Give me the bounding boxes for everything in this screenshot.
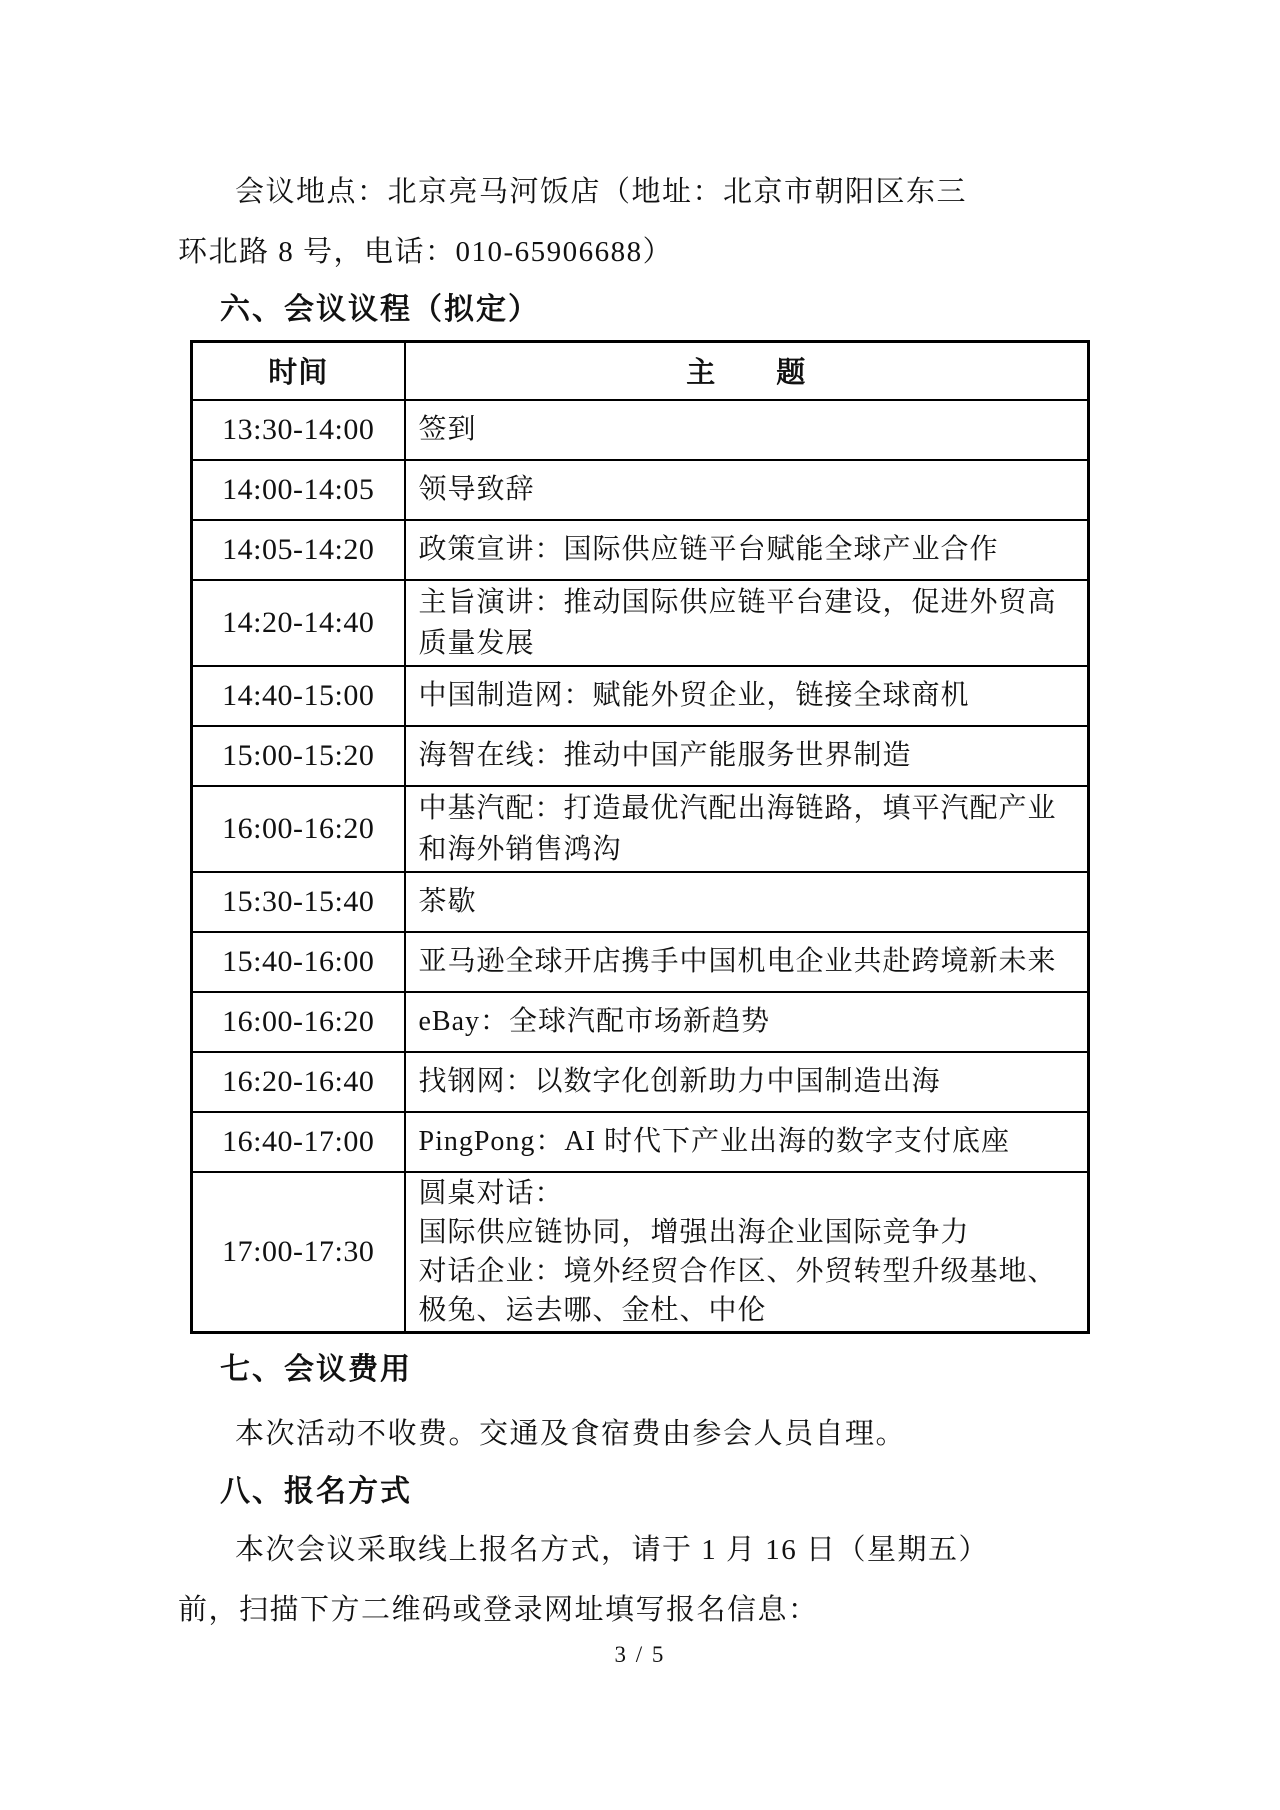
agenda-topic: PingPong：AI 时代下产业出海的数字支付底座 [405,1112,1089,1172]
agenda-table: 时间 主 题 13:30-14:00 签到 14:00-14:05 领导致辞 1… [190,340,1090,1334]
agenda-topic-line: 圆桌对话： [419,1174,1080,1213]
section-8-body-line-2: 前，扫描下方二维码或登录网址填写报名信息： [178,1580,1105,1640]
table-row: 14:40-15:00 中国制造网：赋能外贸企业，链接全球商机 [192,666,1089,726]
agenda-time: 14:00-14:05 [192,460,405,520]
agenda-topic-multiline: 圆桌对话： 国际供应链协同，增强出海企业国际竞争力 对话企业：境外经贸合作区、外… [405,1172,1089,1333]
agenda-topic: 政策宣讲：国际供应链平台赋能全球产业合作 [405,520,1089,580]
agenda-topic: 中基汽配：打造最优汽配出海链路，填平汽配产业和海外销售鸿沟 [405,786,1089,872]
agenda-time: 16:00-16:20 [192,992,405,1052]
meeting-location-line-1: 会议地点：北京亮马河饭店（地址：北京市朝阳区东三 [178,162,1105,222]
agenda-time: 17:00-17:30 [192,1172,405,1333]
agenda-topic: 中国制造网：赋能外贸企业，链接全球商机 [405,666,1089,726]
table-row: 14:20-14:40 主旨演讲：推动国际供应链平台建设，促进外贸高质量发展 [192,580,1089,666]
table-row: 14:05-14:20 政策宣讲：国际供应链平台赋能全球产业合作 [192,520,1089,580]
agenda-time: 15:40-16:00 [192,932,405,992]
agenda-time: 15:00-15:20 [192,726,405,786]
agenda-time: 16:20-16:40 [192,1052,405,1112]
table-row: 16:00-16:20 eBay：全球汽配市场新趋势 [192,992,1089,1052]
agenda-topic: 茶歇 [405,872,1089,932]
agenda-header-row: 时间 主 题 [192,342,1089,400]
table-row: 15:40-16:00 亚马逊全球开店携手中国机电企业共赴跨境新未来 [192,932,1089,992]
agenda-topic: eBay：全球汽配市场新趋势 [405,992,1089,1052]
table-row: 14:00-14:05 领导致辞 [192,460,1089,520]
agenda-time: 14:20-14:40 [192,580,405,666]
agenda-topic: 找钢网：以数字化创新助力中国制造出海 [405,1052,1089,1112]
section-7-body: 本次活动不收费。交通及食宿费由参会人员自理。 [178,1404,1105,1464]
table-row: 16:20-16:40 找钢网：以数字化创新助力中国制造出海 [192,1052,1089,1112]
agenda-time: 14:40-15:00 [192,666,405,726]
meeting-location-line-2: 环北路 8 号，电话：010-65906688） [178,222,1105,282]
agenda-topic: 亚马逊全球开店携手中国机电企业共赴跨境新未来 [405,932,1089,992]
agenda-time: 16:40-17:00 [192,1112,405,1172]
agenda-topic: 签到 [405,400,1089,460]
agenda-time: 13:30-14:00 [192,400,405,460]
section-8-body-line-1: 本次会议采取线上报名方式，请于 1 月 16 日（星期五） [178,1520,1105,1580]
section-7-heading: 七、会议费用 [178,1342,1105,1398]
document-page: 会议地点：北京亮马河饭店（地址：北京市朝阳区东三 环北路 8 号，电话：010-… [0,0,1280,1810]
agenda-topic: 主旨演讲：推动国际供应链平台建设，促进外贸高质量发展 [405,580,1089,666]
table-row: 17:00-17:30 圆桌对话： 国际供应链协同，增强出海企业国际竞争力 对话… [192,1172,1089,1333]
section-8-heading: 八、报名方式 [178,1464,1105,1520]
agenda-topic: 海智在线：推动中国产能服务世界制造 [405,726,1089,786]
table-row: 15:30-15:40 茶歇 [192,872,1089,932]
agenda-topic: 领导致辞 [405,460,1089,520]
agenda-topic-line: 极兔、运去哪、金杜、中伦 [419,1291,1080,1330]
page-number: 3 / 5 [0,1642,1280,1668]
agenda-time: 14:05-14:20 [192,520,405,580]
agenda-topic-line: 国际供应链协同，增强出海企业国际竞争力 [419,1213,1080,1252]
time-column-header: 时间 [192,342,405,400]
table-row: 13:30-14:00 签到 [192,400,1089,460]
table-row: 16:40-17:00 PingPong：AI 时代下产业出海的数字支付底座 [192,1112,1089,1172]
section-6-heading: 六、会议议程（拟定） [178,282,1105,338]
table-row: 16:00-16:20 中基汽配：打造最优汽配出海链路，填平汽配产业和海外销售鸿… [192,786,1089,872]
table-row: 15:00-15:20 海智在线：推动中国产能服务世界制造 [192,726,1089,786]
agenda-topic-line: 对话企业：境外经贸合作区、外贸转型升级基地、 [419,1252,1080,1291]
topic-column-header: 主 题 [405,342,1089,400]
document-content: 会议地点：北京亮马河饭店（地址：北京市朝阳区东三 环北路 8 号，电话：010-… [0,0,1280,1640]
agenda-time: 16:00-16:20 [192,786,405,872]
agenda-time: 15:30-15:40 [192,872,405,932]
